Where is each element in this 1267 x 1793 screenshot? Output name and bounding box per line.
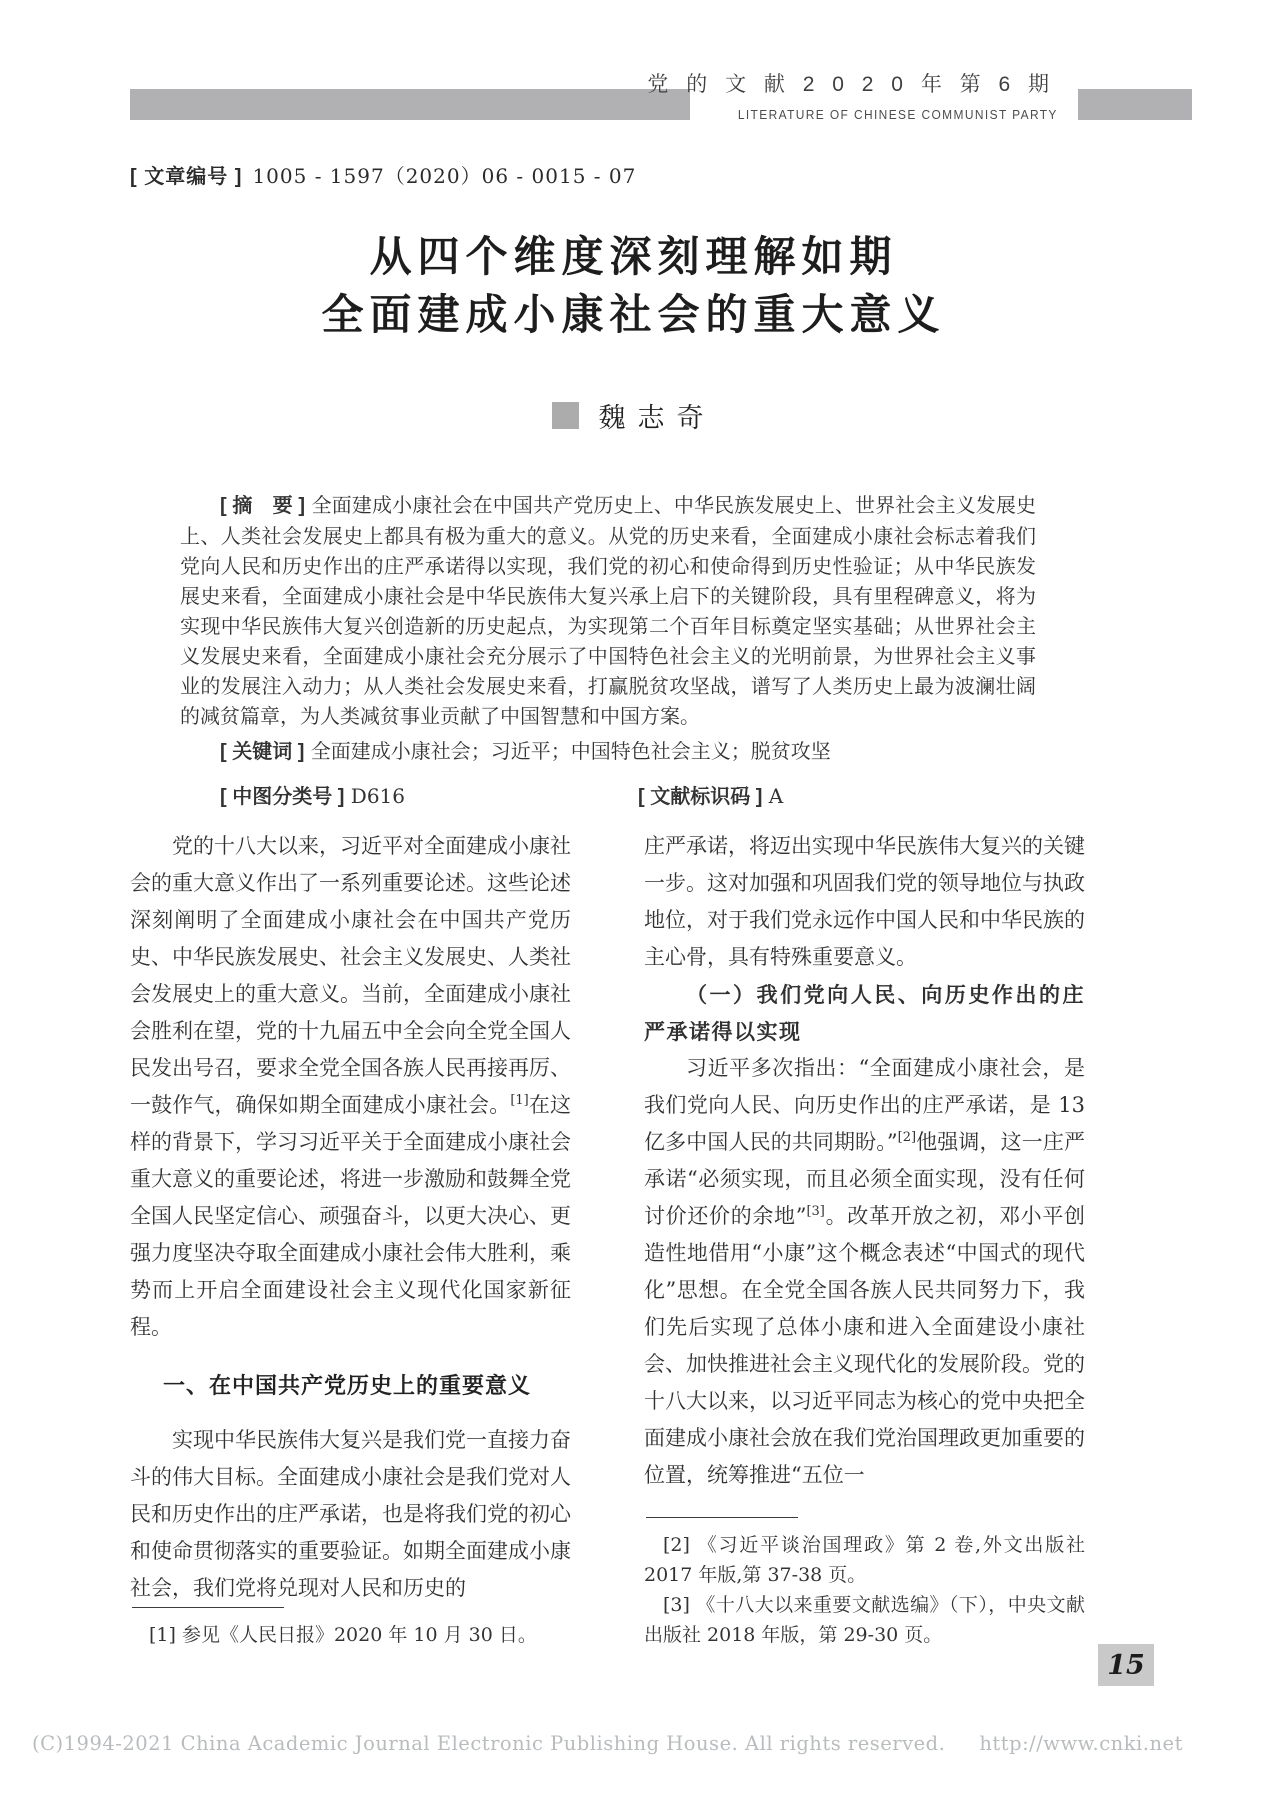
- clc-label: [ 中图分类号 ]: [220, 786, 344, 808]
- header-bar-right: [1078, 89, 1192, 120]
- paragraph-intro: 党的十八大以来，习近平对全面建成小康社会的重大意义作出了一系列重要论述。这些论述…: [130, 828, 571, 1346]
- doc-code-label: [ 文献标识码 ]: [638, 786, 762, 808]
- journal-title-en: LITERATURE OF CHINESE COMMUNIST PARTY: [738, 107, 1058, 122]
- paragraph-continuation: 庄严承诺，将迈出实现中华民族伟大复兴的关键一步。这对加强和巩固我们党的领导地位与…: [644, 828, 1085, 976]
- article-number: [ 文章编号 ]1005 - 1597（2020）06 - 0015 - 07: [130, 160, 636, 189]
- doc-code-value: A: [769, 784, 783, 808]
- keywords-paragraph: [ 关键词 ] 全面建成小康社会；习近平；中国特色社会主义；脱贫攻坚: [180, 736, 1036, 767]
- paragraph-intro-text-cont: 在这样的背景下，学习习近平关于全面建成小康社会重大意义的重要论述，将进一步激励和…: [130, 1093, 571, 1339]
- footnote-2: [2] 《习近平谈治国理政》第 2 卷,外文出版社 2017 年版,第 37-3…: [644, 1530, 1085, 1590]
- abstract-paragraph: [ 摘 要 ] 全面建成小康社会在中国共产党历史上、中华民族发展史上、世界社会主…: [180, 490, 1036, 731]
- paragraph-intro-text: 党的十八大以来，习近平对全面建成小康社会的重大意义作出了一系列重要论述。这些论述…: [130, 834, 571, 1117]
- paragraph-section1: 实现中华民族伟大复兴是我们党一直接力奋斗的伟大目标。全面建成小康社会是我们党对人…: [130, 1422, 571, 1607]
- journal-page: 党 的 文 献 2 0 2 0 年 第 6 期 LITERATURE OF CH…: [0, 0, 1267, 1793]
- footnote-ref-3: [3]: [806, 1204, 824, 1219]
- footnote-1: [1] 参见《人民日报》2020 年 10 月 30 日。: [130, 1620, 571, 1650]
- subsection-heading: （一）我们党向人民、向历史作出的庄严承诺得以实现: [644, 976, 1085, 1050]
- clc-pair: [ 中图分类号 ] D616: [220, 784, 405, 808]
- author-name: 魏志奇: [599, 396, 716, 435]
- right-footnotes: [2] 《习近平谈治国理政》第 2 卷,外文出版社 2017 年版,第 37-3…: [644, 1517, 1085, 1650]
- footnote-divider: [132, 1607, 284, 1608]
- abstract-block: [ 摘 要 ] 全面建成小康社会在中国共产党历史上、中华民族发展史上、世界社会主…: [180, 490, 1036, 812]
- keywords-text: 全面建成小康社会；习近平；中国特色社会主义；脱贫攻坚: [311, 739, 831, 763]
- footnote-ref-2: [2]: [898, 1130, 916, 1145]
- article-number-value: 1005 - 1597（2020）06 - 0015 - 07: [252, 164, 636, 188]
- journal-title-cn: 党 的 文 献 2 0 2 0 年 第 6 期: [647, 68, 1055, 98]
- doc-code-pair: [ 文献标识码 ] A: [598, 781, 783, 812]
- abstract-label: [ 摘 要 ]: [220, 495, 305, 517]
- footnote-divider: [646, 1517, 798, 1518]
- section-heading-1: 一、在中国共产党历史上的重要意义: [130, 1367, 571, 1404]
- footnote-ref-1: [1]: [510, 1093, 528, 1108]
- article-title-line2: 全面建成小康社会的重大意义: [0, 286, 1267, 344]
- article-title-line1: 从四个维度深刻理解如期: [0, 228, 1267, 286]
- scan-footer: (C)1994-2021 China Academic Journal Elec…: [32, 1732, 1232, 1755]
- author-marker-square: [552, 402, 579, 429]
- classification-row: [ 中图分类号 ] D616 [ 文献标识码 ] A: [180, 781, 1036, 812]
- header-bar-left: [130, 89, 690, 120]
- body-columns: 党的十八大以来，习近平对全面建成小康社会的重大意义作出了一系列重要论述。这些论述…: [130, 828, 1085, 1650]
- paragraph-quote-text-c: 。改革开放之初，邓小平创造性地借用“小康”这个概念表述“中国式的现代化”思想。在…: [644, 1204, 1085, 1487]
- article-title: 从四个维度深刻理解如期 全面建成小康社会的重大意义: [0, 228, 1267, 344]
- cnki-url: http://www.cnki.net: [979, 1732, 1183, 1755]
- clc-value: D616: [351, 784, 405, 808]
- abstract-text: 全面建成小康社会在中国共产党历史上、中华民族发展史上、世界社会主义发展史上、人类…: [180, 493, 1036, 728]
- article-number-label: [ 文章编号 ]: [130, 166, 242, 188]
- copyright-notice: (C)1994-2021 China Academic Journal Elec…: [32, 1732, 945, 1755]
- left-column: 党的十八大以来，习近平对全面建成小康社会的重大意义作出了一系列重要论述。这些论述…: [130, 828, 571, 1650]
- page-number-badge: 15: [1098, 1644, 1154, 1686]
- footnote-3: [3] 《十八大以来重要文献选编》（下），中央文献出版社 2018 年版，第 2…: [644, 1590, 1085, 1650]
- author-row: 魏志奇: [0, 396, 1267, 435]
- paragraph-quote: 习近平多次指出：“全面建成小康社会，是我们党向人民、向历史作出的庄严承诺，是 1…: [644, 1050, 1085, 1494]
- right-column: 庄严承诺，将迈出实现中华民族伟大复兴的关键一步。这对加强和巩固我们党的领导地位与…: [644, 828, 1085, 1650]
- left-footnotes: [1] 参见《人民日报》2020 年 10 月 30 日。: [130, 1607, 571, 1650]
- keywords-label: [ 关键词 ]: [220, 741, 304, 763]
